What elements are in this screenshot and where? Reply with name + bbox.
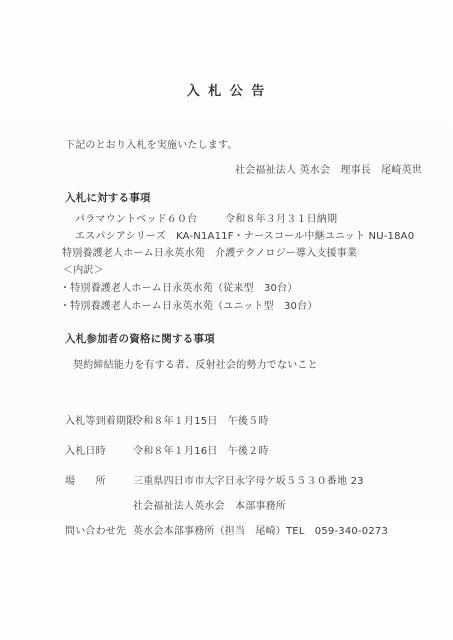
document-title: 入 札 公 告 bbox=[0, 80, 453, 99]
breakdown-item: ・特別養護老人ホーム日永英水苑（ユニット型 30台） bbox=[60, 301, 318, 313]
qualification-body: 契約締結能力を有する者、反射社会的勢力でないこと bbox=[73, 360, 318, 372]
document-page: 入 札 公 告 下記のとおり入札を実施いたします。 社会福祉法人 英水会 理事長… bbox=[0, 0, 453, 640]
breakdown-item: ・特別養護老人ホーム日永英水苑（従来型 30台） bbox=[60, 283, 298, 295]
detail-label: 場 所 bbox=[65, 476, 106, 488]
detail-label: 問い合わせ先 bbox=[65, 526, 126, 538]
bid-item-detail: エスパシアシリーズ KA-N1A11F・ナースコール中継ユニット NU-18A0 bbox=[75, 231, 414, 243]
issuer-text: 社会福祉法人 英水会 理事長 尾崎英世 bbox=[235, 165, 422, 177]
detail-value: 三重県四日市市大字日永字母ケ坂５５３０番地 23 bbox=[133, 476, 364, 488]
delivery-deadline: 令和８年３月３１日納期 bbox=[225, 214, 337, 226]
intro-text: 下記のとおり入札を実施いたします。 bbox=[65, 140, 238, 152]
detail-label: 入札日時 bbox=[65, 446, 106, 458]
breakdown-label: ＜内訳＞ bbox=[63, 265, 104, 277]
detail-value: 英水会本部事務所（担当 尾崎）TEL 059-340-0273 bbox=[133, 526, 388, 538]
bid-item: パラマウントベッド６０台 bbox=[75, 214, 197, 226]
project-name: 特別養護老人ホーム日永英水苑 介護テクノロジー導入支援事業 bbox=[62, 248, 357, 260]
detail-label: 入札等到着期限 bbox=[65, 416, 136, 428]
qualification-heading: 入札参加者の資格に関する事項 bbox=[65, 333, 215, 345]
detail-value: 社会福祉法人英水会 本部事務所 bbox=[133, 501, 286, 513]
detail-value: 令和８年１月16日 午後２時 bbox=[133, 446, 269, 458]
bid-section-heading: 入札に対する事項 bbox=[65, 192, 151, 204]
detail-value: 令和８年１月15日 午後５時 bbox=[133, 416, 269, 428]
